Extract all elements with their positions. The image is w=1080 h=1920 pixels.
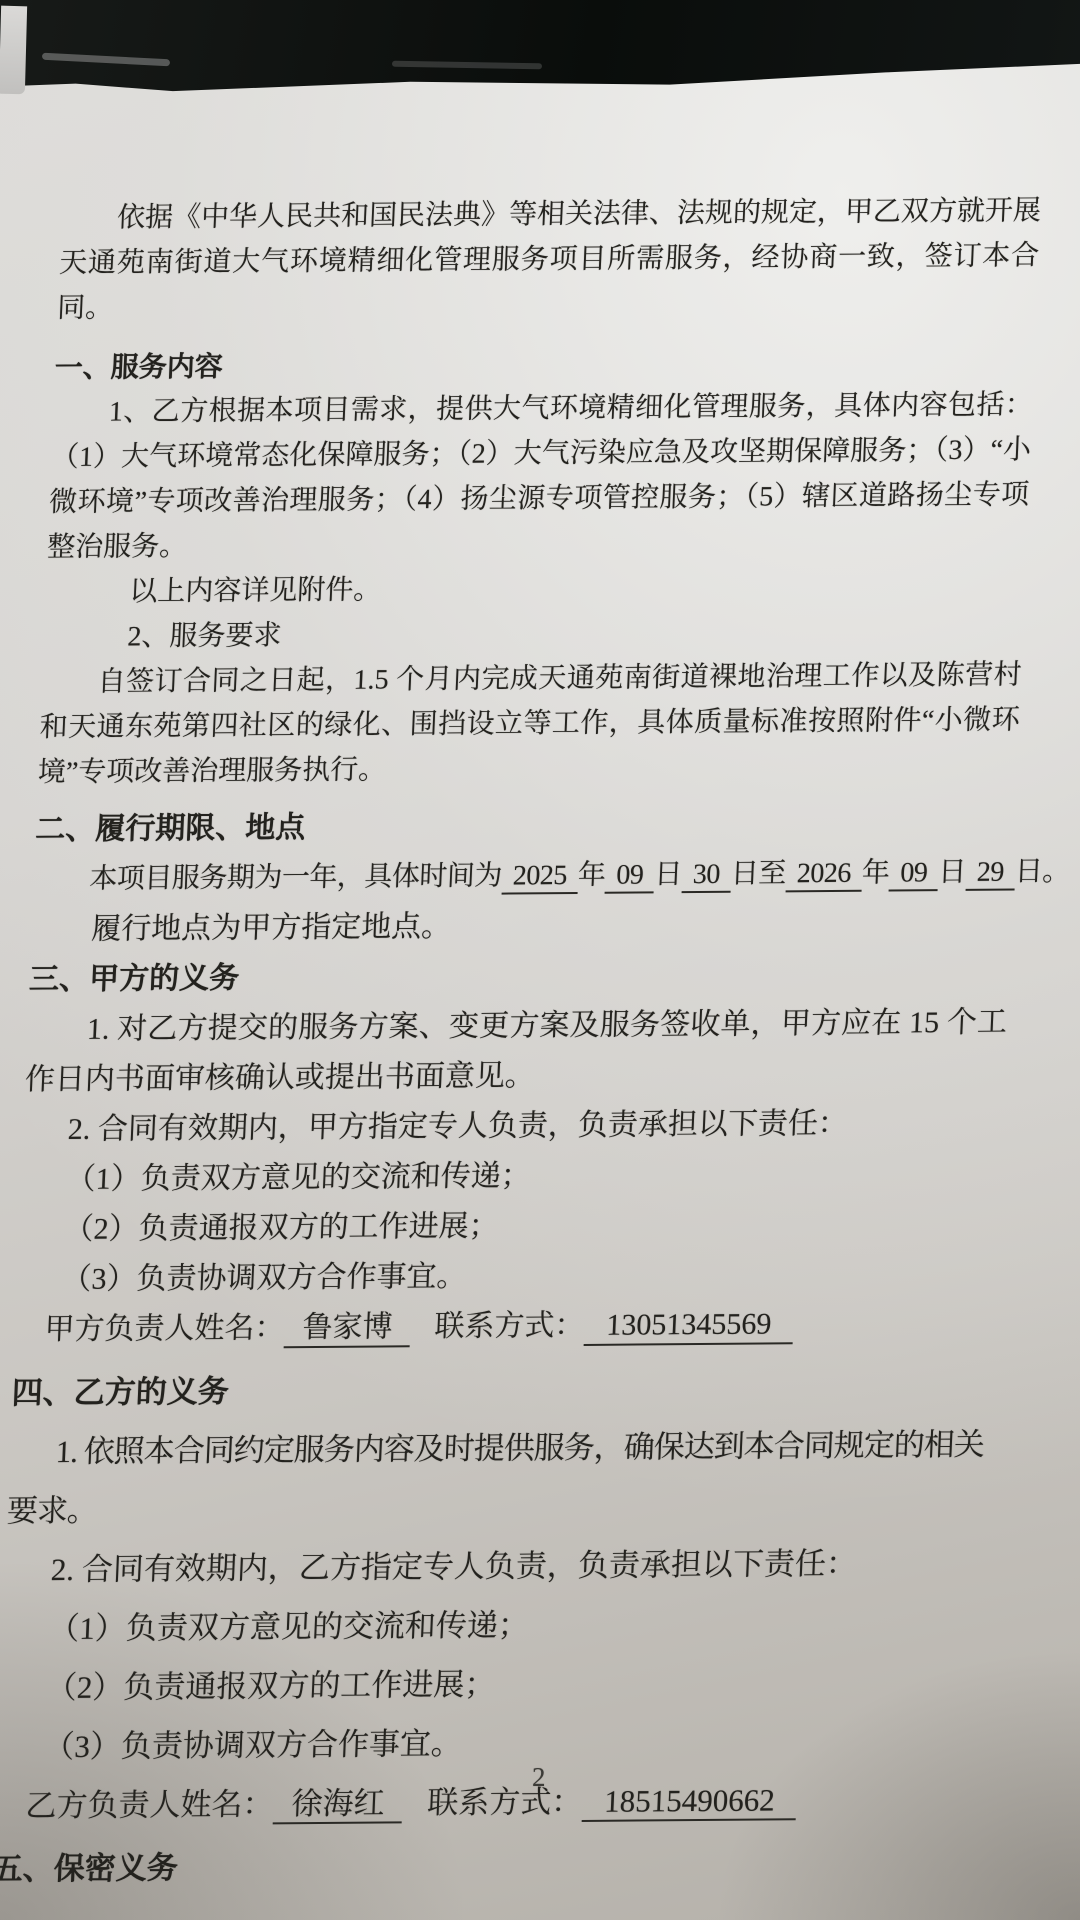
contract-content: 依据《中华人民共和国民法典》等相关法律、法规的规定，甲乙双方就开展天通苑南街道大… — [0, 188, 1042, 1898]
party-b-name-label: 乙方负责人姓名： — [25, 1786, 274, 1823]
end-year-blank: 2026 — [785, 858, 862, 893]
section3-heading: 三、甲方的义务 — [28, 948, 1010, 1006]
section1-item1: 1、乙方根据本项目需求，提供大气环境精细化管理服务，具体内容包括：（1）大气环境… — [46, 382, 1034, 570]
start-year-blank: 2025 — [501, 860, 578, 895]
section3-item1: 1. 对乙方提交的服务方案、变更方案及服务签收单，甲方应在 15 个工作日内书面… — [24, 998, 1008, 1106]
section4-heading: 四、乙方的义务 — [11, 1356, 993, 1423]
section3-duty-2: （2）负责通报双方的工作进展； — [18, 1198, 1000, 1256]
underlying-page-edge — [0, 6, 27, 95]
party-a-name: 鲁家博 — [284, 1310, 412, 1348]
page-number: 2 — [532, 1762, 546, 1793]
end-month-blank: 09 — [889, 857, 939, 892]
section4-item2: 2. 合同有效期内，乙方指定专人负责，负责承担以下责任： — [3, 1533, 985, 1600]
year-label-2: 年 — [861, 858, 890, 889]
party-b-name: 徐海红 — [273, 1785, 404, 1824]
section1-item2-body: 自签订合同之日起，1.5 个月内完成天通苑南街道裸地治理工作以及陈营村和天通东苑… — [37, 652, 1023, 795]
section3-duty-1: （1）负责双方意见的交流和传递； — [20, 1148, 1002, 1206]
month-label-1: 日 — [654, 859, 683, 890]
section3-item2: 2. 合同有效期内，甲方指定专人负责，负责承担以下责任： — [22, 1098, 1004, 1156]
section1-item2-heading: 2、服务要求 — [43, 607, 1025, 660]
section5-heading: 五、保密义务 — [0, 1832, 973, 1899]
until-label: 日至 — [730, 858, 786, 889]
section4-duty-1: （1）负责双方意见的交流和传递； — [1, 1592, 983, 1659]
end-label: 日。 — [1014, 856, 1070, 887]
section1-heading: 一、服务内容 — [54, 337, 1036, 390]
section4-duty-3: （3）负责协调双方合作事宜。 — [0, 1710, 978, 1777]
month-label-2: 日 — [938, 857, 967, 888]
party-a-name-label: 甲方负责人姓名： — [44, 1311, 285, 1346]
section2-location: 履行地点为甲方指定地点。 — [30, 898, 1012, 956]
party-a-phone-label: 联系方式： — [434, 1309, 585, 1343]
intro-paragraph: 依据《中华人民共和国民法典》等相关法律、法规的规定，甲乙双方就开展天通苑南街道大… — [56, 188, 1042, 331]
section2-heading: 二、履行期限、地点 — [34, 798, 1016, 856]
service-period-prefix: 本项目服务期为一年，具体时间为 — [89, 861, 503, 895]
end-day-blank: 29 — [965, 857, 1015, 892]
contract-photo: 依据《中华人民共和国民法典》等相关法律、法规的规定，甲乙双方就开展天通苑南街道大… — [0, 0, 1080, 1920]
service-period-line: 本项目服务期为一年，具体时间为2025年09日30日至2026年09日29日。 — [32, 848, 1014, 906]
start-day-blank: 30 — [681, 859, 731, 894]
party-b-phone-label: 联系方式： — [427, 1784, 583, 1820]
party-b-contact-line: 乙方负责人姓名：徐海红联系方式：18515490662 — [0, 1769, 976, 1836]
party-a-contact-line: 甲方负责人姓名：鲁家博联系方式：13051345569 — [13, 1298, 995, 1356]
year-label-1: 年 — [577, 860, 606, 891]
party-b-phone: 18515490662 — [581, 1782, 797, 1821]
section4-duty-2: （2）负责通报双方的工作进展； — [0, 1651, 981, 1718]
section3-duty-3: （3）负责协调双方合作事宜。 — [16, 1248, 998, 1306]
party-a-phone: 13051345569 — [584, 1307, 795, 1345]
start-month-blank: 09 — [605, 859, 655, 894]
section1-note: 以上内容详见附件。 — [44, 562, 1026, 615]
section4-item1: 1. 依照本合同约定服务内容及时提供服务，确保达到本合同规定的相关要求。 — [6, 1415, 991, 1541]
